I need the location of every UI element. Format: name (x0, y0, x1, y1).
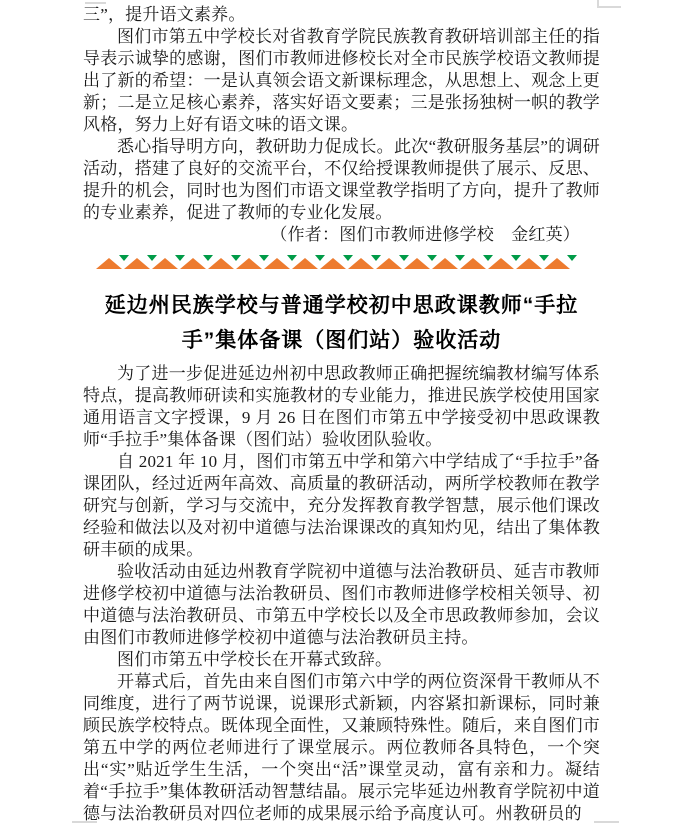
green-triangle-icon (343, 255, 353, 261)
green-triangle-icon (175, 255, 185, 261)
green-triangle-icon (259, 255, 269, 261)
green-triangle-icon (371, 255, 381, 261)
paragraph: 图们市第五中学校长对省教育学院民族教育教研培训部主任的指导表示诚挚的感谢，图们市… (83, 26, 600, 136)
paragraph: 自 2021 年 10 月，图们市第五中学和第六中学结成了“手拉手”备课团队，经… (83, 451, 600, 561)
green-triangle-icon (315, 255, 325, 261)
text-boundary-mark-top-right (597, 6, 621, 8)
green-triangle-icon (231, 255, 241, 261)
green-triangle-icon (427, 255, 437, 261)
document-page: 三”，提升语文素养。图们市第五中学校长对省教育学院民族教育教研培训部主任的指导表… (0, 0, 700, 827)
paragraph: （作者：图们市教师进修学校 金红英） (83, 224, 600, 246)
green-triangle-icon (287, 255, 297, 261)
article-previous-tail: 三”，提升语文素养。图们市第五中学校长对省教育学院民族教育教研培训部主任的指导表… (83, 4, 600, 246)
article-body: 为了进一步促进延边州初中思政教师正确把握统编教材编写体系特点，提高教师研读和实施… (83, 363, 600, 825)
green-triangle-icon (119, 255, 129, 261)
green-triangle-icon (539, 255, 549, 261)
green-triangle-icon (455, 255, 465, 261)
green-triangle-icon (399, 255, 409, 261)
article-title: 延边州民族学校与普通学校初中思政课教师“手拉手”集体备课（图们站）验收活动 (83, 288, 600, 358)
paragraph: 开幕式后，首先由来自图们市第六中学的两位资深骨干教师从不同维度，进行了两节说课，… (83, 671, 600, 825)
page-content: 三”，提升语文素养。图们市第五中学校长对省教育学院民族教育教研培训部主任的指导表… (83, 4, 600, 825)
paragraph: 图们市第五中学校长在开幕式致辞。 (83, 649, 600, 671)
triangle-pattern-divider (96, 255, 600, 269)
paragraph: 悉心指导明方向，教研助力促成长。此次“教研服务基层”的调研活动，搭建了良好的交流… (83, 136, 600, 224)
green-triangle-icon (483, 255, 493, 261)
paragraph: 验收活动由延边州教育学院初中道德与法治教研员、延吉市教师进修学校初中道德与法治教… (83, 561, 600, 649)
green-triangle-icon (147, 255, 157, 261)
paragraph: 三”，提升语文素养。 (83, 4, 600, 26)
divider-triangle-unit (96, 255, 124, 269)
green-triangle-icon (511, 255, 521, 261)
green-triangle-icon (203, 255, 213, 261)
paragraph: 为了进一步促进延边州初中思政教师正确把握统编教材编写体系特点，提高教师研读和实施… (83, 363, 600, 451)
green-triangle-icon (567, 255, 577, 261)
